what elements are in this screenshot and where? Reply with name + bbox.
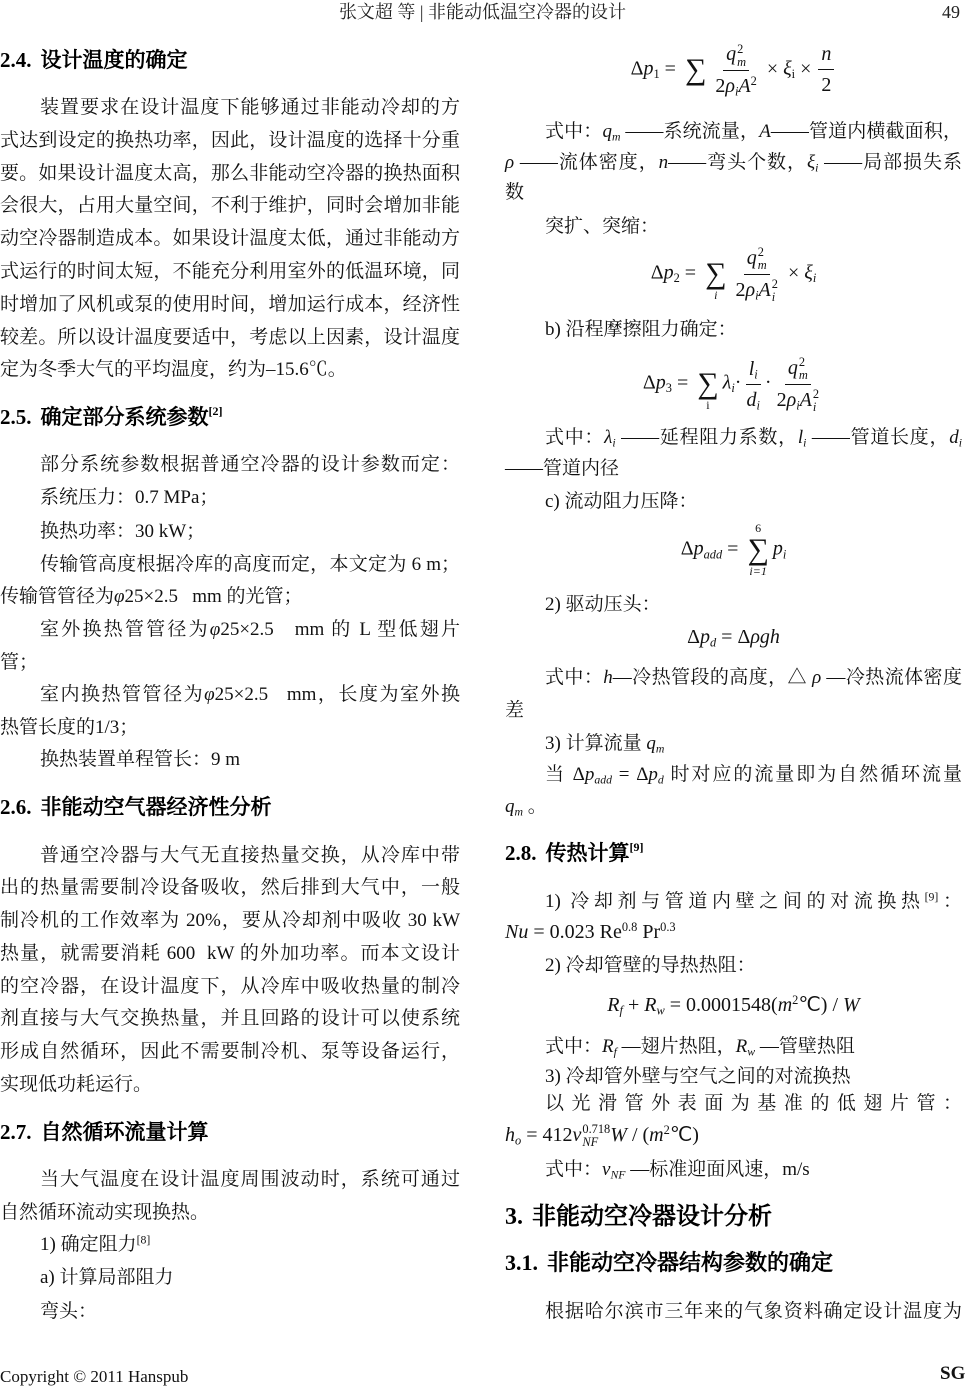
formula-legend-line: 式中：qm ——系统流量，A——管道内横截面积，: [545, 120, 962, 144]
math-superscript: 2: [751, 74, 757, 88]
formula-body: Δpd=Δρgh: [687, 626, 780, 649]
step-wall-resistance: 2) 冷却管壁的导热热阻：: [545, 954, 962, 978]
formula-outer-coefficient: ho = 412v0.718NFW / (m2℃): [505, 1123, 962, 1147]
math-var: p: [694, 538, 704, 560]
math-times: ×: [767, 58, 778, 80]
math-var: ξ: [783, 58, 792, 80]
math-dot: ·: [735, 372, 742, 394]
section-title: 传热计算: [546, 841, 630, 865]
math-var: ρ: [505, 152, 514, 173]
math-var: q: [788, 357, 798, 379]
math-index: add: [594, 774, 612, 787]
math-number: 2: [715, 75, 725, 97]
text-run: 式中：: [545, 1159, 602, 1180]
text-run: 。: [523, 796, 547, 817]
math-var: p: [648, 764, 658, 785]
math-var: h: [505, 1124, 515, 1146]
section-number: 2.4.: [0, 45, 32, 75]
section-heading-3-1: 3.1.非能动空冷器结构参数的确定: [505, 1248, 833, 1278]
section-heading-2-5: 2.5.确定部分系统参数[2]: [0, 402, 223, 432]
sum-symbol: ∑: [697, 369, 718, 399]
math-sup-sub: 0.718NF: [582, 1123, 610, 1149]
text-run: —管壁热阻: [755, 1036, 855, 1057]
text-run: = 0.0001548(: [665, 994, 778, 1016]
text-run: 室内换热管管径为: [40, 684, 204, 705]
denominator: 2: [818, 70, 834, 99]
math-index: add: [704, 547, 723, 561]
math-var: d: [746, 389, 756, 411]
math-sum: 0∑i: [705, 246, 726, 302]
math-subscript: i: [813, 271, 816, 285]
math-var: ξ: [804, 262, 813, 284]
math-subscript: 3: [666, 381, 672, 395]
text-run: ℃): [670, 1124, 699, 1146]
math-index: w: [656, 1003, 664, 1017]
text-run: ——局部损失系: [818, 152, 962, 173]
math-subscript: m: [515, 806, 524, 819]
math-subscript: add: [704, 547, 723, 561]
text-run: ——弯头个数，: [668, 152, 807, 173]
math-subscript: i: [783, 547, 786, 561]
math-var: v: [572, 1124, 581, 1146]
paragraph-line: 制冷机的工作效率为 20%，要从冷却剂中吸收 30 kW: [0, 909, 460, 933]
copyright-footer: Copyright © 2011 Hanspub: [0, 1365, 188, 1386]
text-run: ——管道长度，: [806, 427, 949, 448]
text-run: —冷热管段的高度，△: [613, 667, 812, 688]
paragraph-line: 差: [505, 699, 962, 723]
formula-body: Rf + Rw = 0.0001548(m2℃) / W: [607, 992, 859, 1017]
step-outer-convection: 3) 冷却管外壁与空气之间的对流换热: [545, 1065, 962, 1089]
math-sup-sub: 2i: [772, 278, 778, 304]
paragraph-line: 剂直接与大气交换热量，并且回路的设计可以使系统: [0, 1007, 460, 1031]
math-delta: Δ: [573, 764, 585, 785]
math-phi: φ: [210, 619, 221, 640]
math-var: A: [759, 279, 771, 301]
citation-ref: [8]: [137, 1234, 151, 1247]
paragraph-line: 部分系统参数根据普通空冷器的设计参数而定：: [40, 453, 460, 477]
math-subscript: i: [792, 67, 795, 81]
denominator: 2ρiA2i: [774, 385, 822, 414]
math-fraction: q2m2ρiA2i: [732, 244, 780, 304]
math-delta: Δ: [631, 58, 644, 80]
math-var: A: [800, 389, 812, 411]
math-equals: =: [727, 538, 738, 560]
math-index: m: [515, 806, 524, 819]
section-heading-3: 3.非能动空冷器设计分析: [505, 1201, 772, 1231]
paragraph-line: 热量，就需要消耗 600 kW 的外加功率。而本文设计: [0, 942, 460, 966]
paragraph-line: 管；: [0, 651, 460, 675]
math-subscript: w: [656, 1003, 664, 1017]
math-var: R: [607, 994, 619, 1016]
paragraph-line: 动空冷器制造成本。如果设计温度太低，通过非能动方: [0, 227, 460, 251]
math-var: q: [602, 121, 612, 142]
section-heading-2-7: 2.7.自然循环流量计算: [0, 1117, 209, 1147]
math-var: m: [649, 1124, 663, 1146]
param-outdoor-pipe-diameter: 室外换热管管径为φ25×2.5 mm 的 L 型低翅片: [40, 618, 460, 642]
math-sum: 0∑i: [697, 356, 718, 412]
sum-symbol: ∑: [685, 55, 706, 85]
section-title: 非能动空气器经济性分析: [41, 795, 272, 819]
text-run: / (: [627, 1124, 649, 1146]
formula-driving-head: Δpd=Δρgh: [505, 622, 962, 652]
formula-expansion-pressure-drop: Δp2=0∑iq2m2ρiA2i×ξi: [505, 234, 962, 314]
formula-elbow-pressure-drop: Δp1=∑q2m2ρiA2×ξi×n2: [505, 30, 962, 110]
math-superscript: 2: [737, 43, 746, 56]
math-number: 2: [735, 279, 745, 301]
math-subscript: i: [754, 367, 757, 381]
section-heading-2-8: 2.8.传热计算[9]: [505, 838, 644, 868]
math-equals: =: [721, 626, 732, 648]
paragraph-line: 以光滑管外表面为基准的低翅片管：: [545, 1092, 962, 1116]
formula-friction-pressure-drop: Δp3=0∑iλi·lidi·q2m2ρiA2i: [505, 344, 962, 424]
text-run: ℃) /: [798, 994, 843, 1016]
math-var: A: [759, 121, 771, 142]
math-subscript: i: [813, 401, 819, 414]
paragraph-line: 数: [505, 181, 962, 205]
section-heading-2-4: 2.4.设计温度的确定: [0, 45, 188, 75]
numerator: q2m: [744, 244, 770, 274]
math-delta: Δ: [651, 262, 664, 284]
math-subscript: 2: [674, 271, 680, 285]
math-var: p: [643, 58, 653, 80]
math-fraction: q2m2ρiA2: [712, 40, 759, 99]
sum-lower-limit: i: [706, 399, 709, 412]
math-var: p: [656, 372, 666, 394]
math-sum: 6∑i=1: [747, 522, 768, 578]
section-number: 3.: [505, 1202, 523, 1232]
step-friction-resistance: b) 沿程摩擦阻力确定：: [545, 318, 962, 342]
formula-body: Δp1=∑q2m2ρiA2×ξi×n2: [631, 40, 837, 99]
math-var: ρ: [725, 75, 735, 97]
formula-body: Δp3=0∑iλi·lidi·q2m2ρiA2i: [643, 354, 824, 414]
math-var: p: [585, 764, 595, 785]
denominator: di: [743, 385, 762, 414]
numerator: li: [746, 355, 761, 385]
section-title: 设计温度的确定: [41, 48, 188, 72]
math-phi: φ: [114, 586, 125, 607]
paragraph-line: 当大气温度在设计温度周围波动时，系统可通过: [40, 1168, 460, 1192]
formula-body: Δp2=0∑iq2m2ρiA2i×ξi: [651, 244, 817, 304]
math-subscript: w: [747, 1046, 755, 1059]
formula-legend-line: 式中：vNF —标准迎面风速，m/s: [545, 1158, 962, 1182]
text-run: 式中：: [545, 667, 603, 688]
sum-symbol: ∑: [705, 259, 726, 289]
math-var: q: [646, 733, 656, 754]
section-title: 非能动空冷器设计分析: [532, 1202, 772, 1230]
math-equals: =: [665, 58, 676, 80]
formula-nusselt: Nu = 0.023 Re0.8 Pr0.3: [505, 920, 962, 944]
param-indoor-pipe-diameter: 室内换热管管径为φ25×2.5 mm，长度为室外换: [40, 683, 460, 707]
text-run: 25×2.5 mm，长度为室外换: [215, 684, 460, 705]
math-var: n: [821, 43, 831, 65]
math-subscript: m: [799, 369, 808, 382]
text-run: —冷热流体密度: [821, 667, 962, 688]
math-var: W: [610, 1124, 627, 1146]
citation-ref: [9]: [925, 891, 939, 904]
text-run: 时对应的流量即为自然循环流量: [664, 764, 962, 785]
text-run: =: [612, 764, 636, 785]
formula-legend-line: 式中：h—冷热管段的高度，△ ρ —冷热流体密度: [545, 666, 962, 690]
denominator: 2ρiA2i: [732, 275, 780, 304]
paragraph-line: 热管长度的1/3；: [0, 716, 460, 740]
math-var: d: [949, 427, 959, 448]
paragraph-line: 出的热量需要制冷设备吸收，然后排到大气中，一般: [0, 876, 460, 900]
journal-abbreviation: SG: [940, 1362, 965, 1386]
param-pipe-height: 传输管高度根据冷库的高度而定，本文定为 6 m；: [40, 553, 460, 577]
section-heading-2-6: 2.6.非能动空气器经济性分析: [0, 792, 272, 822]
math-var: A: [738, 75, 750, 97]
math-fraction: lidi: [743, 355, 762, 414]
step-inner-convection: 1) 冷却剂与管道内壁之间的对流换热[9]：: [545, 890, 962, 914]
sum-lower-limit: i=1: [749, 565, 766, 578]
math-var: R: [736, 1036, 748, 1057]
text-run: 1) 冷却剂与管道内壁之间的对流换热: [545, 891, 925, 912]
param-heat-power: 换热功率：30 kW；: [40, 520, 460, 544]
math-var: q: [726, 43, 736, 65]
section-title: 非能动空冷器结构参数的确定: [547, 1251, 833, 1276]
math-fraction: n2: [818, 40, 834, 99]
math-index: m: [656, 743, 665, 756]
paragraph-line: 当 Δpadd = Δpd 时对应的流量即为自然循环流量: [545, 763, 962, 787]
step-determine-resistance: 1) 确定阻力[8]: [40, 1233, 460, 1257]
running-header: 张文超 等 | 非能动低温空冷器的设计: [0, 0, 965, 24]
math-var: ρ: [787, 389, 797, 411]
math-sum: ∑: [685, 55, 706, 85]
step-elbow: 弯头：: [40, 1300, 460, 1324]
math-index: i: [783, 547, 786, 561]
text-run: = 412: [521, 1124, 572, 1146]
math-var: ρ: [745, 279, 755, 301]
math-var: Nu: [505, 921, 528, 943]
sum-lower-limit: i: [714, 289, 717, 302]
section-number: 2.7.: [0, 1117, 32, 1147]
math-equals: =: [685, 262, 696, 284]
param-system-pressure: 系统压力：0.7 MPa；: [40, 486, 460, 510]
math-subscript: m: [737, 56, 746, 69]
math-subscript: i: [756, 398, 759, 412]
math-superscript: 0.3: [660, 920, 676, 934]
math-times: ×: [800, 58, 811, 80]
math-phi: φ: [204, 684, 215, 705]
math-var: q: [505, 796, 515, 817]
step-local-resistance: a) 计算局部阻力: [40, 1266, 460, 1290]
paper-page: 张文超 等 | 非能动低温空冷器的设计 49 2.4.设计温度的确定 装置要求在…: [0, 0, 965, 1386]
math-superscript: 2: [813, 388, 819, 401]
text-run: 式中：: [545, 121, 602, 142]
paragraph-line: 要。如果设计温度太高，那么非能动空冷器的换热面积: [0, 162, 460, 186]
text-run: 25×2.5 mm 的 L 型低翅片: [220, 619, 460, 640]
page-number: 49: [942, 0, 960, 24]
math-sup-sub: 2m: [799, 356, 808, 382]
paragraph-line: 自然循环流动实现换热。: [0, 1201, 460, 1225]
section-number: 2.6.: [0, 792, 32, 822]
math-superscript: 2: [772, 278, 778, 291]
text-run: Pr: [637, 921, 660, 943]
math-var: R: [644, 994, 656, 1016]
formula-body: Δpadd=6∑i=1pi: [681, 522, 787, 578]
math-var: h: [603, 667, 613, 688]
math-index: NF: [610, 1169, 625, 1182]
citation-ref: [9]: [630, 840, 644, 854]
math-sup-sub: 2m: [737, 43, 746, 69]
denominator: 2ρiA2: [712, 71, 759, 100]
text-run: = 0.023 Re: [528, 921, 622, 943]
paragraph-line: 装置要求在设计温度下能够通过非能动冷却的方: [40, 96, 460, 120]
numerator: n: [818, 40, 834, 70]
math-dot: ·: [765, 372, 772, 394]
math-var: n: [659, 152, 669, 173]
math-index: w: [747, 1046, 755, 1059]
text-run: +: [623, 994, 644, 1016]
math-subscript: NF: [610, 1169, 625, 1182]
math-delta: Δ: [643, 372, 656, 394]
text-run: ——系统流量，: [620, 121, 759, 142]
math-index: d: [710, 635, 716, 649]
math-index: i: [813, 271, 816, 285]
math-var: ρgh: [750, 626, 780, 648]
math-subscript: add: [594, 774, 612, 787]
paragraph-line: 定为冬季大气的平均温度，约为–15.6℃。: [0, 358, 460, 382]
math-var: R: [602, 1036, 614, 1057]
section-number: 3.1.: [505, 1248, 538, 1278]
math-equals: =: [677, 372, 688, 394]
math-var: p: [773, 538, 783, 560]
math-subscript: m: [656, 743, 665, 756]
paragraph-line: qm 。: [505, 795, 962, 819]
math-sup-sub: 2i: [813, 388, 819, 414]
formula-thermal-resistance: Rf + Rw = 0.0001548(m2℃) / W: [505, 989, 962, 1019]
math-subscript: 1: [653, 67, 659, 81]
formula-total-pressure-drop: Δpadd=6∑i=1pi: [505, 510, 962, 590]
paragraph-line: 根据哈尔滨市三年来的气象资料确定设计温度为: [545, 1300, 962, 1324]
math-index: i: [756, 398, 759, 412]
citation-ref: [2]: [209, 404, 223, 418]
math-subscript: d: [710, 635, 716, 649]
text-run: ：: [938, 891, 962, 912]
text-run: 1) 确定阻力: [40, 1234, 137, 1255]
math-var: p: [664, 262, 674, 284]
math-superscript: 0.8: [622, 920, 638, 934]
math-subscript: i: [772, 291, 778, 304]
numerator: q2m: [723, 40, 749, 70]
math-delta: Δ: [687, 626, 700, 648]
math-subscript: NF: [582, 1136, 610, 1149]
formula-legend-line: 式中：λi ——延程阻力系数，li ——管道长度，di: [545, 426, 962, 450]
math-var: p: [700, 626, 710, 648]
step-compute-flow: 3) 计算流量 qm: [545, 732, 962, 756]
section-number: 2.5.: [0, 402, 32, 432]
math-var: ρ: [812, 667, 821, 688]
text-run: 式中：: [545, 1036, 602, 1057]
math-delta: Δ: [737, 626, 750, 648]
math-subscript: i: [959, 437, 962, 450]
text-run: —标准迎面风速，m/s: [626, 1159, 810, 1180]
math-number: 2: [777, 389, 787, 411]
paragraph-line: 会很大，占用大量空间，不利于维护，同时会增加非能: [0, 194, 460, 218]
sum-symbol: ∑: [747, 535, 768, 565]
text-run: 3) 计算流量: [545, 733, 646, 754]
text-run: ——流体密度，: [514, 152, 659, 173]
text-run: 当: [545, 764, 573, 785]
paragraph-line: 形成自然循环，因此不需要制冷机、泵等设备运行，: [0, 1040, 460, 1064]
paragraph-line: ——管道内径: [505, 457, 962, 481]
paragraph-line: 较差。所以设计温度要适中，考虑以上因素，设计温度: [0, 326, 460, 350]
paragraph-line: 式达到设定的换热功率，因此，设计温度的选择十分重: [0, 129, 460, 153]
math-var: q: [747, 247, 757, 269]
paragraph-line: 时增加了风机或泵的使用时间，增加运行成本，经济性: [0, 293, 460, 317]
math-fraction: q2m2ρiA2i: [774, 354, 822, 414]
text-run: ——延程阻力系数，: [616, 427, 798, 448]
paragraph-line: 实现低功耗运行。: [0, 1073, 460, 1097]
math-subscript: m: [758, 259, 767, 272]
section-title: 自然循环流量计算: [41, 1120, 209, 1144]
formula-legend-line: ρ ——流体密度，n——弯头个数，ξi ——局部损失系: [505, 151, 962, 175]
text-run: ——管道内横截面积，: [771, 121, 962, 142]
math-delta: Δ: [636, 764, 648, 785]
math-times: ×: [788, 262, 799, 284]
math-delta: Δ: [681, 538, 694, 560]
math-index: i: [959, 437, 962, 450]
math-index: i: [754, 367, 757, 381]
param-transfer-pipe-diameter: 传输管管径为φ25×2.5 mm 的光管；: [0, 585, 460, 609]
text-run: 式中：: [545, 427, 604, 448]
step-driving-head: 2) 驱动压头：: [545, 593, 962, 617]
paragraph-line: 式运行的时间太短，不能充分利用室外的低温环境，同: [0, 260, 460, 284]
text-run: 传输管管径为: [0, 586, 114, 607]
section-number: 2.8.: [505, 838, 537, 868]
paragraph-line: 普通空冷器与大气无直接热量交换，从冷库中带: [40, 844, 460, 868]
math-sup-sub: 2m: [758, 246, 767, 272]
formula-legend-line: 式中：Rf —翅片热阻，Rw —管壁热阻: [545, 1035, 962, 1059]
numerator: q2m: [785, 354, 811, 384]
text-run: 室外换热管管径为: [40, 619, 210, 640]
math-var: W: [843, 994, 860, 1016]
math-var: ξ: [807, 152, 815, 173]
param-single-pass-length: 换热装置单程管长：9 m: [40, 748, 460, 772]
text-run: —翅片热阻，: [617, 1036, 736, 1057]
section-title: 确定部分系统参数: [41, 405, 209, 429]
paragraph-line: 的空冷器，在设计温度下，从冷库中吸收热量的制冷: [0, 975, 460, 999]
text-run: 25×2.5 mm 的光管；: [125, 586, 303, 607]
math-var: m: [778, 994, 792, 1016]
